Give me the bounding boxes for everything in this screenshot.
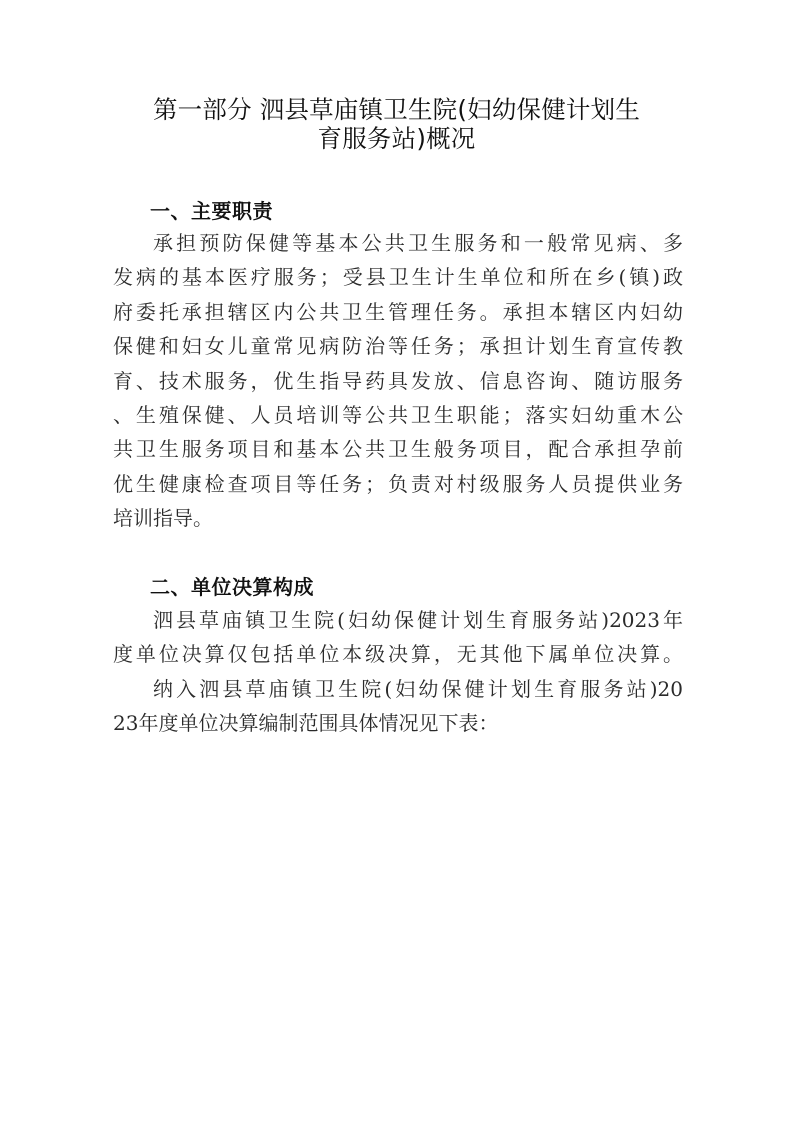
title-line: 第一部分 泗县草庙镇卫生院(妇幼保健计划生 xyxy=(100,95,693,124)
paragraph-budget-range: 纳入泗县草庙镇卫生院(妇幼保健计划生育服务站)20 23年度单位决算编制范围具体… xyxy=(113,672,683,741)
text-line: 保健和妇女儿童常见病防治等任务；承担计划生育宣传教 xyxy=(113,329,683,363)
text-line: 纳入泗县草庙镇卫生院(妇幼保健计划生育服务站)20 xyxy=(113,672,683,706)
section-heading-budget-composition: 二、单位决算构成 xyxy=(150,571,314,600)
text-line: 发病的基本医疗服务；受县卫生计生单位和所在乡(镇)政 xyxy=(113,260,683,294)
paragraph-main-duties: 承担预防保健等基本公共卫生服务和一般常见病、多 发病的基本医疗服务；受县卫生计生… xyxy=(113,226,683,536)
text-line: 度单位决算仅包括单位本级决算，无其他下属单位决算。 xyxy=(113,637,683,671)
text-line: 23年度单位决算编制范围具体情况见下表： xyxy=(113,706,683,740)
title-line: 育服务站)概况 xyxy=(100,124,693,153)
text-line: 承担预防保健等基本公共卫生服务和一般常见病、多 xyxy=(113,226,683,260)
section-heading-main-duties: 一、主要职责 xyxy=(150,195,273,224)
paragraph-budget-scope: 泗县草庙镇卫生院(妇幼保健计划生育服务站)2023年 度单位决算仅包括单位本级决… xyxy=(113,603,683,672)
text-line: 共卫生服务项目和基本公共卫生般务项目，配合承担孕前 xyxy=(113,432,683,466)
text-line: 府委托承担辖区内公共卫生管理任务。承担本辖区内妇幼 xyxy=(113,295,683,329)
text-line: 培训指导。 xyxy=(113,501,683,535)
text-line: 优生健康检查项目等任务；负责对村级服务人员提供业务 xyxy=(113,467,683,501)
document-page: 第一部分 泗县草庙镇卫生院(妇幼保健计划生 育服务站)概况 一、主要职责 承担预… xyxy=(0,0,793,1122)
text-line: 泗县草庙镇卫生院(妇幼保健计划生育服务站)2023年 xyxy=(113,603,683,637)
page-title: 第一部分 泗县草庙镇卫生院(妇幼保健计划生 育服务站)概况 xyxy=(100,95,693,153)
text-line: 、生殖保健、人员培训等公共卫生职能；落实妇幼重木公 xyxy=(113,398,683,432)
text-line: 育、技术服务，优生指导药具发放、信息咨询、随访服务 xyxy=(113,364,683,398)
